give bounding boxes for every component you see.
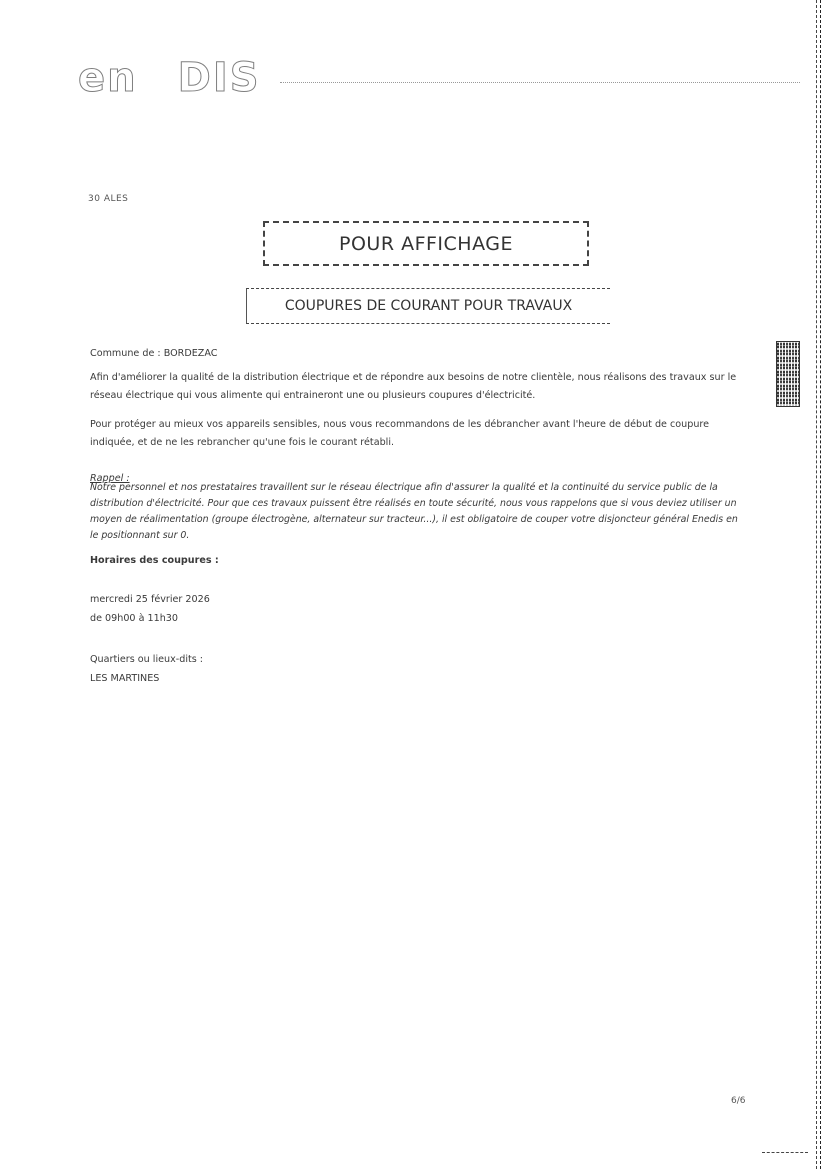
enedis-logo: enDIS (78, 55, 261, 101)
logo-part-2: DIS (178, 55, 261, 101)
page-number: 6/6 (731, 1096, 745, 1106)
schedule-heading: Horaires des coupures : (90, 552, 750, 570)
notice-title: POUR AFFICHAGE (339, 233, 513, 255)
sender-location: 30 ALES (88, 194, 128, 204)
intro-paragraph: Afin d'améliorer la qualité de la distri… (90, 369, 750, 405)
rappel-paragraph: Notre personnel et nos prestataires trav… (90, 480, 740, 544)
commune-line: Commune de : BORDEZAC (90, 345, 750, 363)
locations-value: LES MARTINES (90, 670, 750, 688)
header-divider (280, 82, 800, 85)
footer-divider (762, 1152, 808, 1153)
locations-label: Quartiers ou lieux-dits : (90, 651, 750, 669)
notice-subtitle-box: COUPURES DE COURANT POUR TRAVAUX (246, 288, 610, 324)
datamatrix-code-icon (776, 341, 800, 407)
notice-title-box: POUR AFFICHAGE (263, 221, 589, 266)
outage-time: de 09h00 à 11h30 (90, 610, 750, 628)
scan-page-edge (816, 0, 821, 1169)
outage-date: mercredi 25 février 2026 (90, 591, 750, 609)
notice-subtitle: COUPURES DE COURANT POUR TRAVAUX (285, 298, 572, 314)
advice-paragraph: Pour protéger au mieux vos appareils sen… (90, 416, 750, 452)
logo-part-1: en (78, 55, 138, 101)
